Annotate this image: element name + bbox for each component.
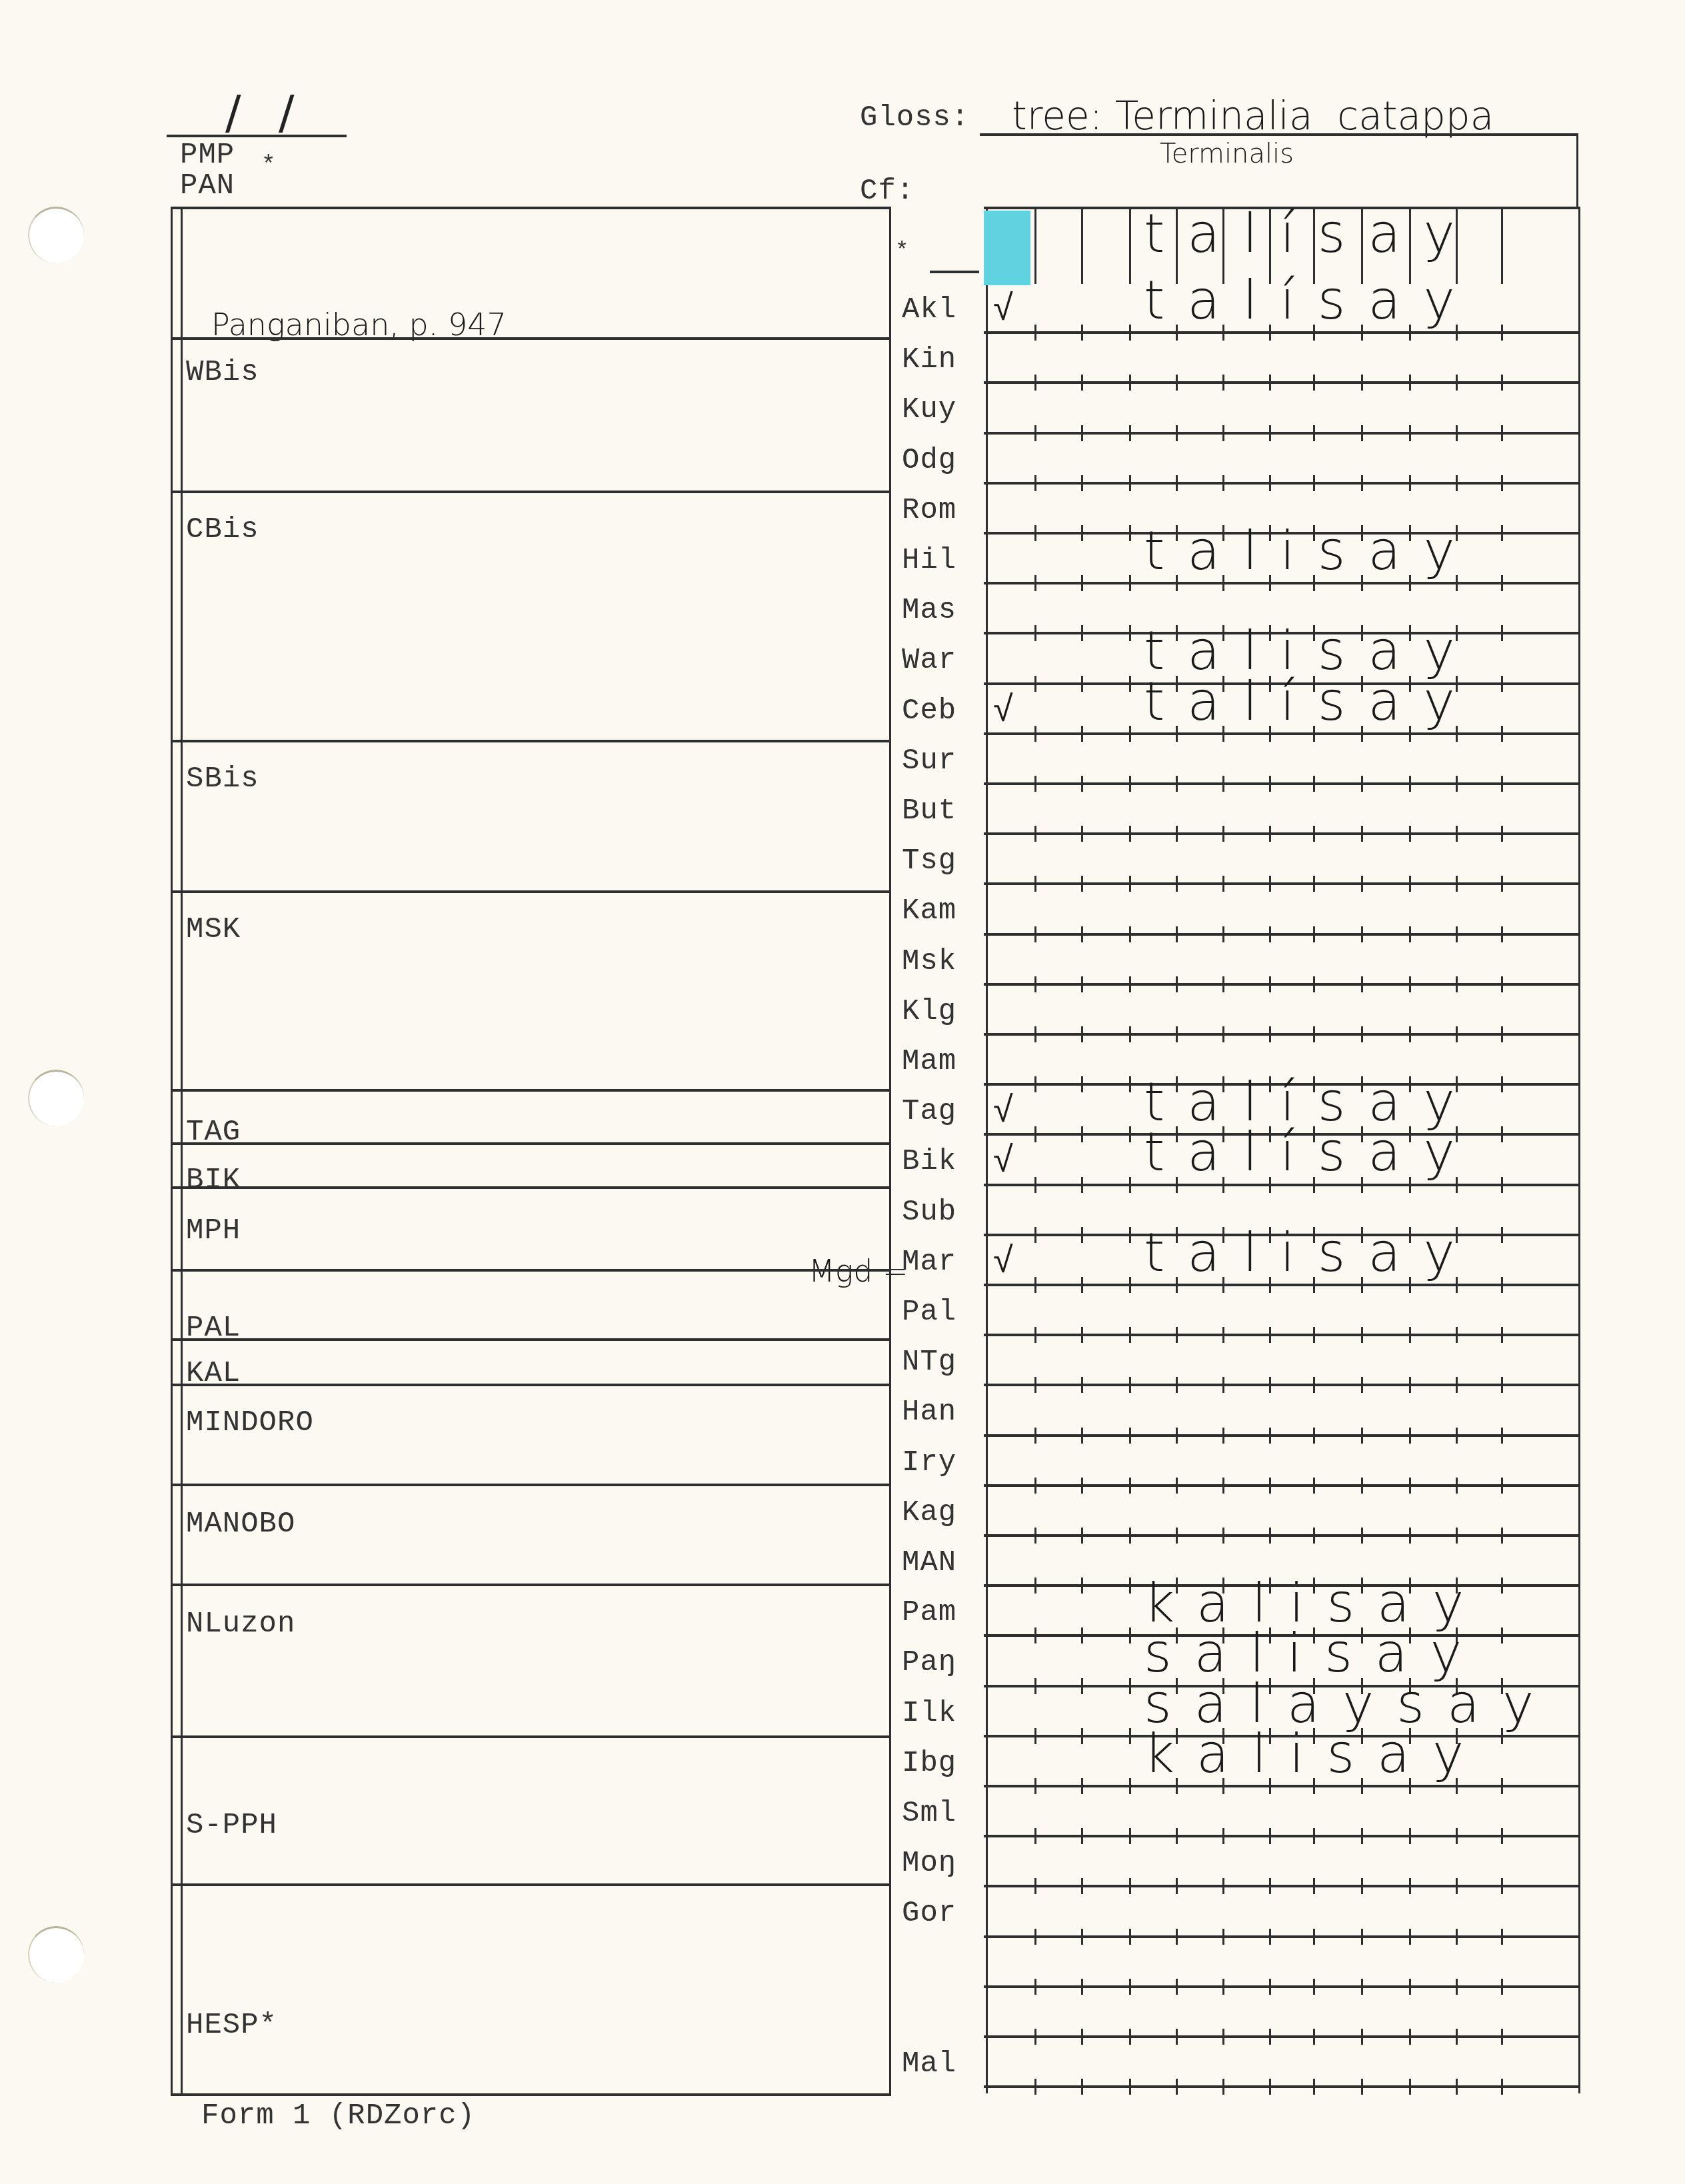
- form-row-line[interactable]: [984, 2085, 1578, 2088]
- letter-tick: [1034, 575, 1036, 591]
- letter-tick: [1501, 1929, 1503, 1945]
- language-code: Bik: [902, 1145, 982, 1178]
- check-mark-icon: √: [993, 1088, 1013, 1130]
- letter-tick: [1222, 1878, 1224, 1894]
- letter-tick: [1034, 1076, 1036, 1092]
- language-code: Mal: [902, 2047, 982, 2081]
- letter-tick: [1129, 1528, 1131, 1544]
- letter-tick: [1081, 676, 1083, 692]
- group-hesp: HESP*: [186, 2009, 277, 2042]
- letter-tick: [1034, 1929, 1036, 1945]
- language-code: Kuy: [902, 393, 982, 427]
- group-rule: [173, 1338, 891, 1341]
- letter-tick: [1456, 1929, 1458, 1945]
- letter-tick: [1269, 475, 1271, 491]
- letter-tick: [1409, 1929, 1411, 1945]
- letter-tick: [1456, 475, 1458, 491]
- letter-tick: [1129, 1428, 1131, 1444]
- group-bik: BIK: [186, 1164, 241, 1197]
- letter-tick: [1313, 375, 1315, 391]
- date-slash: /: [279, 85, 295, 140]
- letter-tick: [1222, 1377, 1224, 1393]
- letter-tick: [1034, 1878, 1036, 1894]
- letter-tick: [1501, 625, 1503, 641]
- letter-tick: [1129, 976, 1131, 992]
- letter-tick: [1081, 1327, 1083, 1343]
- letter-tick: [1176, 826, 1178, 842]
- letter-tick: [1034, 1177, 1036, 1193]
- letter-tick: [1456, 1428, 1458, 1444]
- letter-tick: [1034, 1828, 1036, 1844]
- letter-tick: [1129, 2029, 1131, 2045]
- proto-cell-divider: [1129, 207, 1131, 284]
- language-code: But: [902, 794, 982, 828]
- proto-reconstruction[interactable]: talísay: [1144, 203, 1478, 265]
- group-rule: [173, 740, 891, 742]
- letter-tick: [1313, 976, 1315, 992]
- date-line[interactable]: [167, 135, 347, 137]
- letter-tick: [1501, 676, 1503, 692]
- form-row-line[interactable]: [984, 1534, 1578, 1537]
- letter-tick: [1409, 1979, 1411, 1995]
- letter-tick: [1129, 425, 1131, 441]
- language-code: Sub: [902, 1196, 982, 1229]
- letter-tick: [1313, 1377, 1315, 1393]
- letter-tick: [1034, 976, 1036, 992]
- binder-hole: [28, 1070, 84, 1126]
- letter-tick: [1409, 2079, 1411, 2095]
- letter-tick: [1176, 776, 1178, 792]
- form-row-line[interactable]: [984, 782, 1578, 785]
- letter-tick: [1081, 475, 1083, 491]
- form-row-line[interactable]: [984, 1985, 1578, 1988]
- letter-tick: [1081, 876, 1083, 892]
- proto-star: *: [895, 239, 909, 264]
- letter-tick: [1034, 1428, 1036, 1444]
- form-row-line[interactable]: [984, 1184, 1578, 1186]
- form-row-line[interactable]: [984, 482, 1578, 485]
- letter-tick: [1129, 1628, 1131, 1643]
- letter-tick: [1176, 1528, 1178, 1544]
- letter-tick: [1409, 926, 1411, 942]
- letter-tick: [1269, 375, 1271, 391]
- letter-tick: [1501, 1177, 1503, 1193]
- letter-tick: [1456, 976, 1458, 992]
- language-code: Paŋ: [902, 1646, 982, 1679]
- cf-label: Cf:: [860, 175, 914, 208]
- letter-tick: [1129, 1778, 1131, 1794]
- letter-tick: [1081, 1528, 1083, 1544]
- letter-tick: [1409, 375, 1411, 391]
- letter-tick: [1361, 1979, 1363, 1995]
- language-code: Rom: [902, 494, 982, 527]
- letter-tick: [1501, 1277, 1503, 1293]
- letter-tick: [1176, 1828, 1178, 1844]
- letter-tick: [1501, 776, 1503, 792]
- group-rule: [173, 491, 891, 493]
- form-row-line[interactable]: [984, 2035, 1578, 2038]
- letter-tick: [1081, 625, 1083, 641]
- letter-tick: [1269, 1979, 1271, 1995]
- letter-tick: [1222, 1929, 1224, 1945]
- forms-grid: talísay √talísaytalisaytalisay√talísay√t…: [984, 207, 1580, 2093]
- letter-tick: [1409, 776, 1411, 792]
- letter-tick: [1081, 1277, 1083, 1293]
- letter-tick: [1081, 1026, 1083, 1042]
- letter-tick: [1129, 776, 1131, 792]
- cognate-form[interactable]: talisay: [1144, 520, 1478, 582]
- letter-tick: [1269, 1528, 1271, 1544]
- letter-tick: [1409, 1528, 1411, 1544]
- group-rule: [173, 1883, 891, 1886]
- letter-tick: [1081, 2079, 1083, 2095]
- letter-tick: [1313, 1428, 1315, 1444]
- gloss-box-right: [1576, 133, 1578, 208]
- letter-tick: [1222, 826, 1224, 842]
- group-msk: MSK: [186, 913, 241, 946]
- letter-tick: [1222, 425, 1224, 441]
- language-code: Mam: [902, 1045, 982, 1078]
- letter-tick: [1409, 475, 1411, 491]
- letter-tick: [1456, 425, 1458, 441]
- letter-tick: [1034, 375, 1036, 391]
- letter-tick: [1176, 876, 1178, 892]
- pmp-label: PMP: [180, 139, 235, 172]
- letter-tick: [1222, 1478, 1224, 1494]
- group-rule: [173, 1584, 891, 1586]
- letter-tick: [1081, 1828, 1083, 1844]
- letter-tick: [1313, 1327, 1315, 1343]
- form-row-line[interactable]: [984, 1835, 1578, 1837]
- letter-tick: [1176, 1377, 1178, 1393]
- letter-tick: [1129, 1878, 1131, 1894]
- letter-tick: [1034, 1478, 1036, 1494]
- letter-tick: [1456, 2079, 1458, 2095]
- cognate-form[interactable]: kalisay: [1144, 1723, 1486, 1785]
- letter-tick: [1456, 375, 1458, 391]
- form-row-line[interactable]: [984, 331, 1578, 334]
- language-code: Gor: [902, 1897, 982, 1930]
- form-row-line[interactable]: [984, 1935, 1578, 1938]
- check-mark-icon: √: [993, 688, 1013, 730]
- gloss-line: [980, 133, 1578, 136]
- letter-tick: [1222, 475, 1224, 491]
- letter-tick: [1501, 976, 1503, 992]
- cognate-form[interactable]: talisay: [1144, 1222, 1478, 1284]
- letter-tick: [1501, 575, 1503, 591]
- letter-tick: [1361, 1878, 1363, 1894]
- letter-tick: [1129, 1929, 1131, 1945]
- letter-tick: [1034, 425, 1036, 441]
- form-row-line[interactable]: [984, 1434, 1578, 1437]
- letter-tick: [1129, 1277, 1131, 1293]
- form-row-line[interactable]: [984, 1334, 1578, 1336]
- letter-tick: [1269, 1026, 1271, 1042]
- letter-tick: [1176, 1478, 1178, 1494]
- letter-tick: [1501, 375, 1503, 391]
- check-mark-icon: √: [993, 287, 1013, 329]
- letter-tick: [1081, 575, 1083, 591]
- letter-tick: [1129, 1076, 1131, 1092]
- letter-tick: [1313, 826, 1315, 842]
- language-code: Mas: [902, 594, 982, 627]
- form-row-line[interactable]: [984, 1484, 1578, 1487]
- letter-tick: [1361, 375, 1363, 391]
- letter-tick: [1176, 926, 1178, 942]
- proto-cell-divider: [1034, 207, 1036, 284]
- letter-tick: [1269, 876, 1271, 892]
- language-code: Odg: [902, 444, 982, 477]
- letter-tick: [1456, 1026, 1458, 1042]
- letter-tick: [1409, 1478, 1411, 1494]
- language-code: Tsg: [902, 844, 982, 878]
- group-wbis: WBis: [186, 356, 259, 389]
- letter-tick: [1176, 1878, 1178, 1894]
- letter-tick: [1269, 1377, 1271, 1393]
- letter-tick: [1269, 976, 1271, 992]
- proto-blank[interactable]: [930, 271, 979, 273]
- letter-tick: [1501, 1528, 1503, 1544]
- letter-tick: [1361, 976, 1363, 992]
- subgroup-table: Panganiban, p. 947 WBis CBis SBis MSK TA…: [171, 207, 891, 2096]
- letter-tick: [1081, 976, 1083, 992]
- letter-tick: [1222, 1026, 1224, 1042]
- letter-tick: [1409, 1878, 1411, 1894]
- letter-tick: [1081, 1628, 1083, 1643]
- binder-hole: [28, 1926, 84, 1983]
- letter-tick: [1313, 425, 1315, 441]
- letter-tick: [1313, 776, 1315, 792]
- form-row-line[interactable]: [984, 832, 1578, 835]
- letter-tick: [1034, 525, 1036, 541]
- letter-tick: [1222, 1528, 1224, 1544]
- form-row-line[interactable]: [984, 1785, 1578, 1787]
- language-code: Pal: [902, 1296, 982, 1329]
- letter-tick: [1313, 475, 1315, 491]
- letter-tick: [1034, 325, 1036, 341]
- proto-cell-divider: [1409, 207, 1411, 284]
- letter-tick: [1361, 1026, 1363, 1042]
- letter-tick: [1313, 926, 1315, 942]
- letter-tick: [1313, 2029, 1315, 2045]
- letter-tick: [1129, 2079, 1131, 2095]
- letter-tick: [1081, 1678, 1083, 1694]
- letter-tick: [1409, 1428, 1411, 1444]
- group-mindoro: MINDORO: [186, 1406, 314, 1440]
- letter-tick: [1129, 1828, 1131, 1844]
- letter-tick: [1269, 1929, 1271, 1945]
- letter-tick: [1456, 826, 1458, 842]
- letter-tick: [1456, 1528, 1458, 1544]
- letter-tick: [1501, 475, 1503, 491]
- group-mph: MPH: [186, 1214, 241, 1248]
- highlight-marker: [984, 211, 1030, 285]
- language-code: Kin: [902, 343, 982, 377]
- letter-tick: [1361, 2029, 1363, 2045]
- letter-tick: [1081, 425, 1083, 441]
- letter-tick: [1501, 1578, 1503, 1594]
- letter-tick: [1501, 425, 1503, 441]
- letter-tick: [1034, 2029, 1036, 2045]
- letter-tick: [1034, 1678, 1036, 1694]
- language-code: Sml: [902, 1797, 982, 1830]
- cognate-form[interactable]: talísay: [1144, 670, 1478, 732]
- letter-tick: [1456, 1377, 1458, 1393]
- letter-tick: [1034, 876, 1036, 892]
- letter-tick: [1501, 826, 1503, 842]
- letter-tick: [1129, 1126, 1131, 1142]
- letter-tick: [1222, 926, 1224, 942]
- pan-label: PAN: [180, 169, 235, 203]
- proto-cell-divider: [1176, 207, 1178, 284]
- letter-tick: [1501, 926, 1503, 942]
- letter-tick: [1129, 575, 1131, 591]
- letter-tick: [1313, 1528, 1315, 1544]
- letter-tick: [1269, 2079, 1271, 2095]
- letter-tick: [1176, 2079, 1178, 2095]
- letter-tick: [1361, 1528, 1363, 1544]
- letter-tick: [1129, 525, 1131, 541]
- check-mark-icon: √: [993, 1138, 1013, 1180]
- letter-tick: [1034, 625, 1036, 641]
- letter-tick: [1034, 1979, 1036, 1995]
- proto-cell-divider: [1081, 207, 1083, 284]
- letter-tick: [1501, 1628, 1503, 1643]
- letter-tick: [1129, 676, 1131, 692]
- letter-tick: [1501, 1778, 1503, 1794]
- check-mark-icon: √: [993, 1239, 1013, 1281]
- letter-tick: [1409, 1327, 1411, 1343]
- letter-tick: [1222, 976, 1224, 992]
- letter-tick: [1129, 1177, 1131, 1193]
- letter-tick: [1313, 2079, 1315, 2095]
- group-s-pph: S-PPH: [186, 1809, 277, 1842]
- form-row-line[interactable]: [984, 1284, 1578, 1286]
- form-row-line[interactable]: [984, 882, 1578, 885]
- proto-cell-divider: [1501, 207, 1503, 284]
- form-row-line[interactable]: [984, 732, 1578, 735]
- gloss-value[interactable]: tree: Terminalia catappa: [1012, 93, 1494, 139]
- letter-tick: [1456, 1878, 1458, 1894]
- letter-tick: [1361, 1478, 1363, 1494]
- letter-tick: [1129, 625, 1131, 641]
- letter-tick: [1361, 1929, 1363, 1945]
- form-row-line[interactable]: [984, 1033, 1578, 1036]
- letter-tick: [1034, 1026, 1036, 1042]
- letter-tick: [1129, 1728, 1131, 1744]
- language-code: Ilk: [902, 1697, 982, 1730]
- language-code: Hil: [902, 544, 982, 577]
- letter-tick: [1409, 1026, 1411, 1042]
- letter-tick: [1501, 1878, 1503, 1894]
- letter-tick: [1034, 1578, 1036, 1594]
- cognate-form[interactable]: talísay: [1144, 269, 1478, 331]
- letter-tick: [1269, 1428, 1271, 1444]
- letter-tick: [1313, 1828, 1315, 1844]
- letter-tick: [1361, 1828, 1363, 1844]
- letter-tick: [1456, 2029, 1458, 2045]
- group-rule: [173, 1142, 891, 1145]
- letter-tick: [1361, 425, 1363, 441]
- form-footer: Form 1 (RDZorc): [201, 2099, 475, 2133]
- letter-tick: [1313, 876, 1315, 892]
- proto-cell-divider: [1222, 207, 1224, 284]
- letter-tick: [1034, 676, 1036, 692]
- group-nluzon: NLuzon: [186, 1608, 295, 1641]
- binder-hole: [28, 207, 84, 263]
- letter-tick: [1222, 1979, 1224, 1995]
- letter-tick: [1176, 1929, 1178, 1945]
- letter-tick: [1081, 325, 1083, 341]
- letter-tick: [1129, 1578, 1131, 1594]
- letter-tick: [1176, 1428, 1178, 1444]
- form-row-line[interactable]: [984, 1384, 1578, 1386]
- letter-tick: [1222, 1828, 1224, 1844]
- letter-tick: [1081, 1778, 1083, 1794]
- letter-tick: [1222, 2029, 1224, 2045]
- letter-tick: [1269, 776, 1271, 792]
- letter-tick: [1081, 1428, 1083, 1444]
- letter-tick: [1361, 1377, 1363, 1393]
- language-code: Iry: [902, 1446, 982, 1480]
- letter-tick: [1034, 1277, 1036, 1293]
- letter-tick: [1129, 325, 1131, 341]
- form-row-line[interactable]: [984, 983, 1578, 986]
- letter-tick: [1409, 1828, 1411, 1844]
- letter-tick: [1081, 525, 1083, 541]
- letter-tick: [1361, 826, 1363, 842]
- letter-tick: [1176, 375, 1178, 391]
- form-row-line[interactable]: [984, 381, 1578, 384]
- letter-tick: [1129, 1026, 1131, 1042]
- pmp-star: *: [261, 152, 277, 179]
- group-rule: [173, 1186, 891, 1189]
- letter-tick: [1129, 876, 1131, 892]
- letter-tick: [1129, 1377, 1131, 1393]
- proto-cell-divider: [1361, 207, 1363, 284]
- letter-tick: [1501, 525, 1503, 541]
- letter-tick: [1269, 425, 1271, 441]
- letter-tick: [1176, 2029, 1178, 2045]
- letter-tick: [1081, 1177, 1083, 1193]
- language-code: Moŋ: [902, 1847, 982, 1880]
- letter-tick: [1222, 776, 1224, 792]
- form-row-line[interactable]: [984, 582, 1578, 584]
- letter-tick: [1501, 876, 1503, 892]
- letter-tick: [1501, 1327, 1503, 1343]
- cognate-form[interactable]: talísay: [1144, 1121, 1478, 1183]
- letter-tick: [1501, 1377, 1503, 1393]
- letter-tick: [1409, 2029, 1411, 2045]
- form-row-line[interactable]: [984, 933, 1578, 936]
- letter-tick: [1034, 1377, 1036, 1393]
- letter-tick: [1176, 1327, 1178, 1343]
- date-slash: /: [225, 85, 241, 140]
- letter-tick: [1081, 1929, 1083, 1945]
- letter-tick: [1129, 926, 1131, 942]
- language-code: Akl: [902, 293, 982, 327]
- letter-tick: [1313, 1026, 1315, 1042]
- letter-tick: [1129, 826, 1131, 842]
- language-code: War: [902, 644, 982, 677]
- letter-tick: [1361, 876, 1363, 892]
- form-row-line[interactable]: [984, 432, 1578, 435]
- letter-tick: [1501, 2029, 1503, 2045]
- letter-tick: [1129, 1979, 1131, 1995]
- letter-tick: [1313, 1929, 1315, 1945]
- form-row-line[interactable]: [984, 1885, 1578, 1887]
- letter-tick: [1081, 375, 1083, 391]
